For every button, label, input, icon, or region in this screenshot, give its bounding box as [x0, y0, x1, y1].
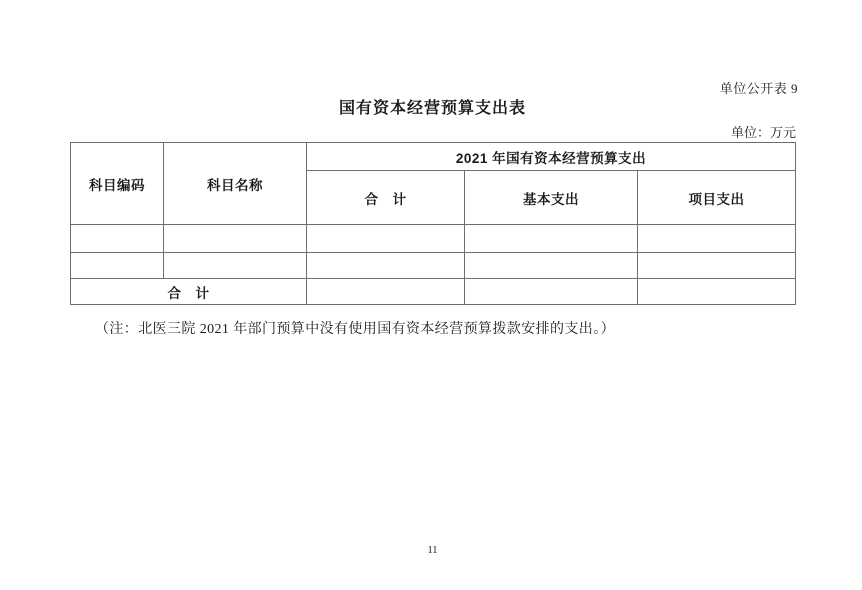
table-cell	[164, 225, 307, 253]
col-header-subject-name: 科目名称	[164, 143, 307, 225]
col-header-subject-code: 科目编码	[71, 143, 164, 225]
table-cell	[307, 253, 465, 279]
page-number: 11	[70, 545, 795, 556]
table-cell	[465, 225, 638, 253]
footnote: （注：北医三院 2021 年部门预算中没有使用国有资本经营预算拨款安排的支出。）	[95, 318, 615, 338]
table-row	[71, 253, 796, 279]
table-row	[71, 225, 796, 253]
total-row-cell	[638, 279, 796, 305]
total-row: 合 计	[71, 279, 796, 305]
table-cell	[307, 225, 465, 253]
table-cell	[638, 225, 796, 253]
col-header-basic-expenditure: 基本支出	[465, 171, 638, 225]
table-cell	[638, 253, 796, 279]
document-page: 单位公开表 9 国有资本经营预算支出表 单位：万元 科目编码 科目名称 2021…	[0, 0, 862, 590]
col-header-total: 合 计	[307, 171, 465, 225]
group-header-2021-expenditure: 2021 年国有资本经营预算支出	[307, 143, 796, 171]
budget-expenditure-table: 科目编码 科目名称 2021 年国有资本经营预算支出 合 计 基本支出 项目支出	[70, 142, 796, 305]
table-cell	[465, 253, 638, 279]
col-header-project-expenditure: 项目支出	[638, 171, 796, 225]
total-row-cell	[307, 279, 465, 305]
table-cell	[71, 225, 164, 253]
header-row-group: 科目编码 科目名称 2021 年国有资本经营预算支出	[71, 143, 796, 171]
table-cell	[71, 253, 164, 279]
total-row-cell	[465, 279, 638, 305]
unit-label: 单位：万元	[731, 122, 796, 141]
table-cell	[164, 253, 307, 279]
total-row-label: 合 计	[71, 279, 307, 305]
document-title: 国有资本经营预算支出表	[70, 95, 795, 118]
